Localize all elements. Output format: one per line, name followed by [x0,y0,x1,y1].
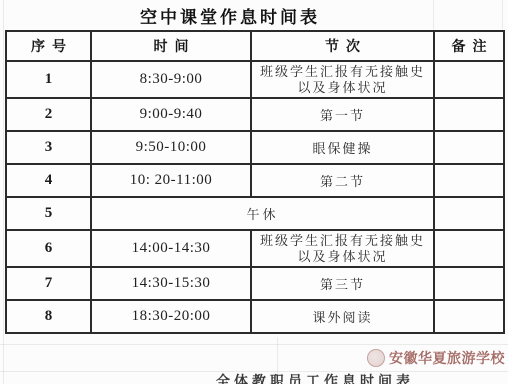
ghost-gridline [0,371,508,372]
row-time: 9:00-9:40 [91,98,251,131]
row-period: 第三节 [251,267,434,300]
row-period: 第二节 [251,164,434,197]
row-no: 4 [6,164,91,197]
table-row: 1 8:30-9:00 班级学生汇报有无接触史 以及身体状况 [6,61,504,98]
header-row: 序号 时间 节次 备注 [6,31,504,61]
table-row: 4 10: 20-11:00 第二节 [6,164,504,197]
row-no: 3 [6,131,91,164]
table-row: 2 9:00-9:40 第一节 [6,98,504,131]
column-header-time: 时间 [91,31,251,61]
row-time: 18:30-20:00 [91,300,251,333]
schedule-table: 序号 时间 节次 备注 1 8:30-9:00 班级学生汇报有无接触史 以及身体… [5,30,505,334]
period-line-1: 班级学生汇报有无接触史 [252,64,433,80]
timetable-document: 空中课堂作息时间表 序号 时间 节次 备注 1 8:30-9:00 班级学生汇报… [0,0,508,384]
table-row: 3 9:50-10:00 眼保健操 [6,131,504,164]
period-line-2: 以及身体状况 [252,249,433,265]
period-line-2: 以及身体状况 [252,80,433,96]
row-period: 课外阅读 [251,300,434,333]
row-period: 第一节 [251,98,434,131]
row-note [434,197,504,230]
table-row: 6 14:00-14:30 班级学生汇报有无接触史 以及身体状况 [6,230,504,267]
row-period: 班级学生汇报有无接触史 以及身体状况 [251,230,434,267]
title-row: 空中课堂作息时间表 [0,0,508,30]
scan-edge-line [3,0,4,384]
row-time: 14:30-15:30 [91,267,251,300]
row-note [434,61,504,98]
school-watermark-text: 安徽华夏旅游学校 [389,348,505,368]
table-row: 8 18:30-20:00 课外阅读 [6,300,504,333]
row-no: 7 [6,267,91,300]
row-note [434,230,504,267]
row-note [434,98,504,131]
row-time: 14:00-14:30 [91,230,251,267]
table-row-lunch: 5 午休 [6,197,504,230]
row-no: 1 [6,61,91,98]
row-time: 8:30-9:00 [91,61,251,98]
row-no: 2 [6,98,91,131]
column-header-note: 备注 [434,31,504,61]
school-watermark: 安徽华夏旅游学校 [367,348,505,368]
row-no: 6 [6,230,91,267]
table-row: 7 14:30-15:30 第三节 [6,267,504,300]
row-note [434,164,504,197]
ghost-gridline [0,344,508,345]
lunch-break-cell: 午休 [91,197,434,230]
period-line-1: 班级学生汇报有无接触史 [252,233,433,249]
row-period: 班级学生汇报有无接触史 以及身体状况 [251,61,434,98]
row-note [434,267,504,300]
column-header-period: 节次 [251,31,434,61]
row-note [434,300,504,333]
row-period: 眼保健操 [251,131,434,164]
page-title: 空中课堂作息时间表 [140,3,320,28]
row-time: 10: 20-11:00 [91,164,251,197]
row-note [434,131,504,164]
school-logo-icon [367,349,385,367]
row-time: 9:50-10:00 [91,131,251,164]
column-header-no: 序号 [6,31,91,61]
row-no: 8 [6,300,91,333]
next-table-title-cutoff: 全体教职员工作息时间表 [61,375,508,384]
row-no: 5 [6,197,91,230]
